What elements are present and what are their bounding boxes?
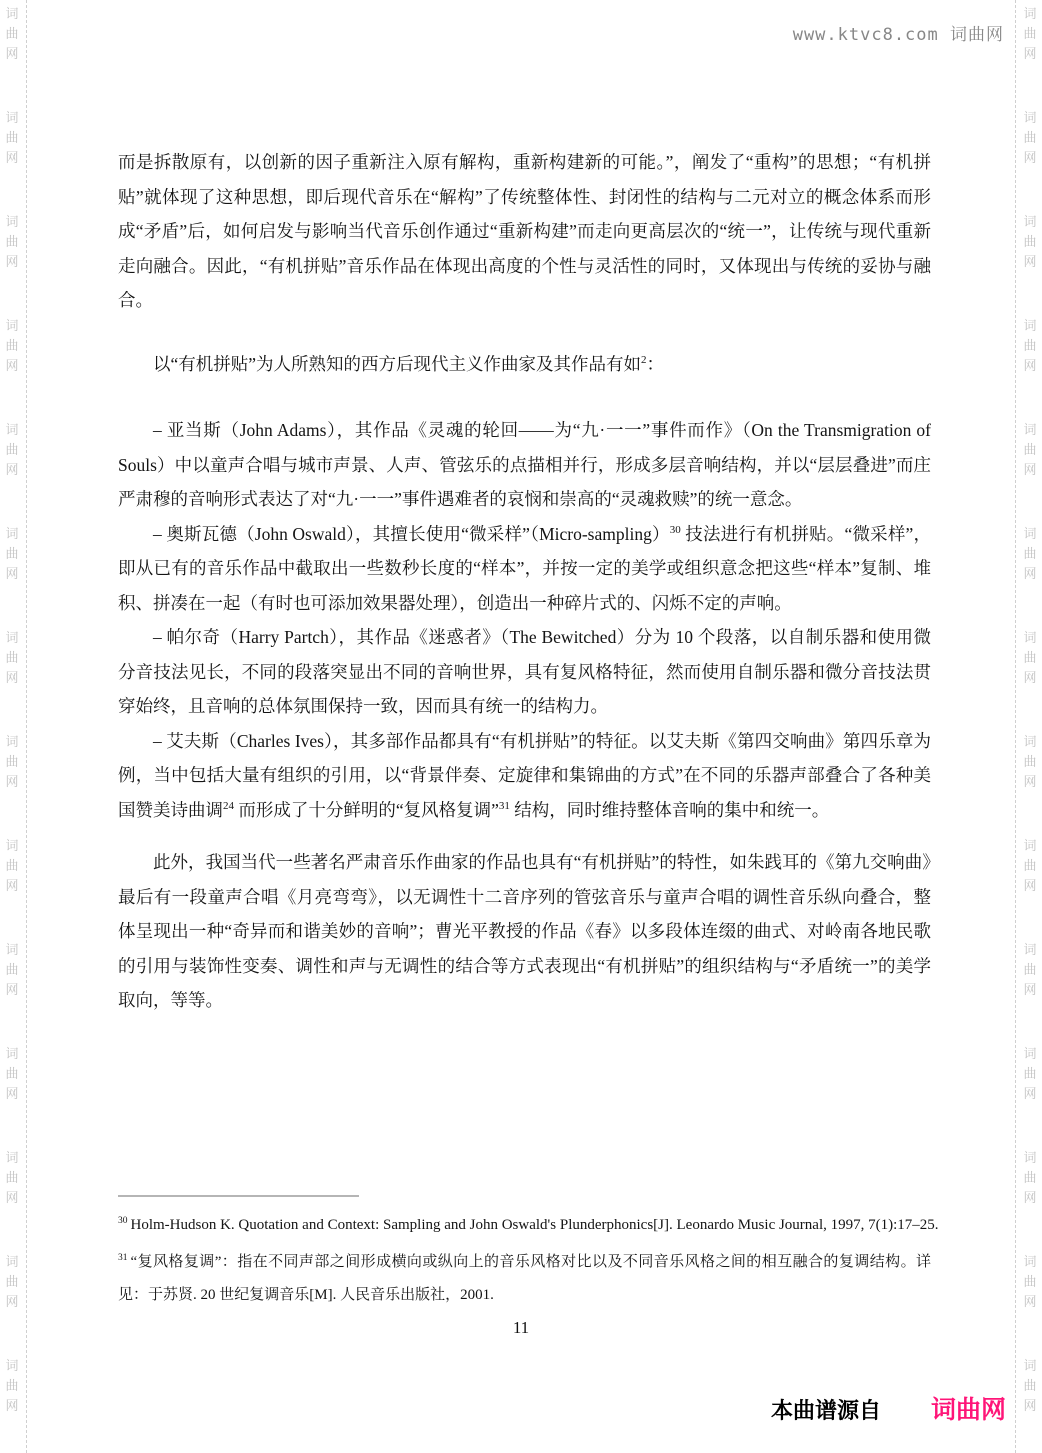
watermark-text: 词曲网 xyxy=(1023,524,1036,584)
watermark-char: 网 xyxy=(1023,356,1036,376)
watermark-char: 网 xyxy=(5,1188,18,1208)
watermark-char: 词 xyxy=(1023,420,1036,440)
watermark-text: 词曲网 xyxy=(5,524,18,584)
watermark-char: 词 xyxy=(5,836,18,856)
watermark-char: 网 xyxy=(5,980,18,1000)
watermark-text: 词曲网 xyxy=(5,1356,18,1416)
watermark-char: 网 xyxy=(1023,980,1036,1000)
watermark-text: 词曲网 xyxy=(1023,108,1036,168)
watermark-char: 网 xyxy=(5,564,18,584)
watermark-char: 网 xyxy=(1023,1292,1036,1312)
watermark-text: 词曲网 xyxy=(1023,628,1036,688)
watermark-char: 曲 xyxy=(1023,1064,1036,1084)
watermark-text: 词曲网 xyxy=(5,1252,18,1312)
watermark-char: 网 xyxy=(1023,460,1036,480)
watermark-char: 词 xyxy=(5,212,18,232)
watermark-char: 网 xyxy=(1023,1084,1036,1104)
watermark-char: 曲 xyxy=(5,24,18,44)
watermark-char: 网 xyxy=(1023,148,1036,168)
document-page: 词曲网词曲网词曲网词曲网词曲网词曲网词曲网词曲网词曲网词曲网词曲网词曲网词曲网词… xyxy=(0,0,1042,1453)
footnote-separator xyxy=(118,1195,359,1197)
paragraph: 此外，我国当代一些著名严肃音乐作曲家的作品也具有“有机拼贴”的特性，如朱践耳的《… xyxy=(118,845,931,1018)
watermark-char: 曲 xyxy=(1023,960,1036,980)
watermark-text: 词曲网 xyxy=(1023,420,1036,480)
watermark-char: 曲 xyxy=(5,544,18,564)
watermark-char: 曲 xyxy=(1023,1168,1036,1188)
watermark-char: 网 xyxy=(1023,1396,1036,1416)
watermark-char: 网 xyxy=(1023,44,1036,64)
paragraph: 而是拆散原有，以创新的因子重新注入原有解构，重新构建新的可能。”，阐发了“重构”… xyxy=(118,145,931,318)
watermark-char: 词 xyxy=(1023,836,1036,856)
watermark-char: 词 xyxy=(5,1148,18,1168)
watermark-char: 网 xyxy=(5,772,18,792)
watermark-text: 词曲网 xyxy=(5,732,18,792)
watermark-char: 曲 xyxy=(1023,752,1036,772)
watermark-char: 曲 xyxy=(5,960,18,980)
watermark-char: 曲 xyxy=(5,336,18,356)
watermark-char: 曲 xyxy=(5,1168,18,1188)
watermark-char: 曲 xyxy=(1023,336,1036,356)
footer-source-label: 本曲谱源自 xyxy=(771,1394,881,1425)
watermark-char: 词 xyxy=(1023,4,1036,24)
watermark-char: 词 xyxy=(1023,1252,1036,1272)
watermark-char: 词 xyxy=(5,316,18,336)
body-paragraphs: 而是拆散原有，以创新的因子重新注入原有解构，重新构建新的可能。”，阐发了“重构”… xyxy=(118,145,931,1018)
footnote-ref: 31 xyxy=(118,1253,128,1263)
watermark-char: 网 xyxy=(5,876,18,896)
watermark-char: 词 xyxy=(5,524,18,544)
watermark-char: 曲 xyxy=(5,232,18,252)
watermark-char: 词 xyxy=(1023,108,1036,128)
watermark-char: 网 xyxy=(1023,876,1036,896)
watermark-char: 词 xyxy=(1023,732,1036,752)
watermark-char: 曲 xyxy=(1023,648,1036,668)
watermark-char: 网 xyxy=(1023,1188,1036,1208)
watermark-text: 词曲网 xyxy=(5,4,18,64)
watermark-char: 词 xyxy=(1023,1356,1036,1376)
watermark-text: 词曲网 xyxy=(1023,4,1036,64)
watermark-text: 词曲网 xyxy=(1023,1356,1036,1416)
watermark-text: 词曲网 xyxy=(1023,1252,1036,1312)
watermark-char: 词 xyxy=(5,420,18,440)
watermark-char: 词 xyxy=(1023,1148,1036,1168)
watermark-char: 词 xyxy=(5,940,18,960)
watermark-char: 曲 xyxy=(1023,440,1036,460)
watermark-char: 网 xyxy=(5,148,18,168)
footnote-ref: 24 xyxy=(223,800,234,812)
watermark-char: 曲 xyxy=(5,440,18,460)
watermark-text: 词曲网 xyxy=(1023,1148,1036,1208)
watermark-char: 词 xyxy=(5,108,18,128)
watermark-char: 词 xyxy=(1023,212,1036,232)
page-number: 11 xyxy=(0,1318,1042,1338)
watermark-char: 词 xyxy=(1023,1044,1036,1064)
watermark-char: 词 xyxy=(1023,316,1036,336)
watermark-char: 网 xyxy=(1023,668,1036,688)
watermark-char: 网 xyxy=(5,1084,18,1104)
watermark-char: 网 xyxy=(5,44,18,64)
watermark-text: 词曲网 xyxy=(5,940,18,1000)
page-footer: 本曲谱源自 词曲网 xyxy=(771,1390,1006,1426)
watermark-char: 网 xyxy=(1023,252,1036,272)
paragraph: – 奥斯瓦德（John Oswald），其擅长使用“微采样”（Micro-sam… xyxy=(118,517,931,621)
watermark-text: 词曲网 xyxy=(5,1148,18,1208)
watermark-char: 词 xyxy=(5,1356,18,1376)
left-dashed-border xyxy=(26,0,27,1453)
watermark-char: 网 xyxy=(5,1396,18,1416)
footnote: 31“复风格复调”：指在不同声部之间形成横向或纵向上的音乐风格对比以及不同音乐风… xyxy=(118,1246,931,1312)
watermark-text: 词曲网 xyxy=(5,212,18,272)
watermark-char: 曲 xyxy=(1023,1272,1036,1292)
footnote-ref: 30 xyxy=(670,524,681,536)
footnote-ref: 30 xyxy=(118,1216,128,1226)
watermark-text: 词曲网 xyxy=(5,628,18,688)
footnote-list: 30Holm-Hudson K. Quotation and Context: … xyxy=(118,1209,931,1312)
watermark-text: 词曲网 xyxy=(5,1044,18,1104)
watermark-char: 曲 xyxy=(5,1272,18,1292)
watermark-char: 曲 xyxy=(5,1064,18,1084)
watermark-text: 词曲网 xyxy=(5,836,18,896)
watermark-text: 词曲网 xyxy=(5,108,18,168)
watermark-char: 曲 xyxy=(1023,1376,1036,1396)
watermark-char: 曲 xyxy=(5,1376,18,1396)
watermark-char: 词 xyxy=(5,1044,18,1064)
watermark-char: 词 xyxy=(5,1252,18,1272)
watermark-char: 曲 xyxy=(1023,232,1036,252)
watermark-char: 网 xyxy=(1023,772,1036,792)
watermark-char: 词 xyxy=(5,628,18,648)
right-dashed-border xyxy=(1015,0,1016,1453)
watermark-char: 词 xyxy=(1023,940,1036,960)
footnotes-section: 30Holm-Hudson K. Quotation and Context: … xyxy=(118,1195,931,1312)
paragraph: – 帕尔奇（Harry Partch），其作品《迷惑者》（The Bewitch… xyxy=(118,620,931,724)
watermark-text: 词曲网 xyxy=(1023,212,1036,272)
watermark-char: 曲 xyxy=(5,856,18,876)
site-header-text: www.ktvc8.com 词曲网 xyxy=(793,20,1004,45)
watermark-text: 词曲网 xyxy=(1023,732,1036,792)
watermark-char: 词 xyxy=(5,732,18,752)
watermark-char: 网 xyxy=(5,668,18,688)
paragraph: – 艾夫斯（Charles Ives），其多部作品都具有“有机拼贴”的特征。以艾… xyxy=(118,724,931,828)
watermark-text: 词曲网 xyxy=(1023,316,1036,376)
watermark-char: 网 xyxy=(5,356,18,376)
footnote-ref: 2 xyxy=(641,354,647,366)
watermark-text: 词曲网 xyxy=(5,316,18,376)
watermark-char: 网 xyxy=(5,460,18,480)
paragraph: 以“有机拼贴”为人所熟知的西方后现代主义作曲家及其作品有如2： xyxy=(118,347,931,382)
watermark-char: 词 xyxy=(5,4,18,24)
watermark-char: 曲 xyxy=(1023,856,1036,876)
left-watermark-column: 词曲网词曲网词曲网词曲网词曲网词曲网词曲网词曲网词曲网词曲网词曲网词曲网词曲网词… xyxy=(2,4,22,1453)
watermark-text: 词曲网 xyxy=(5,420,18,480)
watermark-char: 曲 xyxy=(5,648,18,668)
watermark-char: 曲 xyxy=(1023,24,1036,44)
footer-brand: 词曲网 xyxy=(931,1390,1006,1426)
watermark-text: 词曲网 xyxy=(1023,836,1036,896)
right-watermark-column: 词曲网词曲网词曲网词曲网词曲网词曲网词曲网词曲网词曲网词曲网词曲网词曲网词曲网词… xyxy=(1020,4,1040,1453)
watermark-char: 曲 xyxy=(5,128,18,148)
watermark-char: 网 xyxy=(5,252,18,272)
watermark-char: 曲 xyxy=(1023,128,1036,148)
watermark-char: 网 xyxy=(5,1292,18,1312)
watermark-text: 词曲网 xyxy=(1023,940,1036,1000)
footnote-ref: 31 xyxy=(499,800,510,812)
paragraph: – 亚当斯（John Adams），其作品《灵魂的轮回——为“九·一一”事件而作… xyxy=(118,413,931,517)
watermark-char: 曲 xyxy=(1023,544,1036,564)
watermark-char: 词 xyxy=(1023,524,1036,544)
watermark-char: 词 xyxy=(1023,628,1036,648)
footnote: 30Holm-Hudson K. Quotation and Context: … xyxy=(118,1209,931,1242)
watermark-text: 词曲网 xyxy=(1023,1044,1036,1104)
watermark-char: 曲 xyxy=(5,752,18,772)
watermark-char: 网 xyxy=(1023,564,1036,584)
